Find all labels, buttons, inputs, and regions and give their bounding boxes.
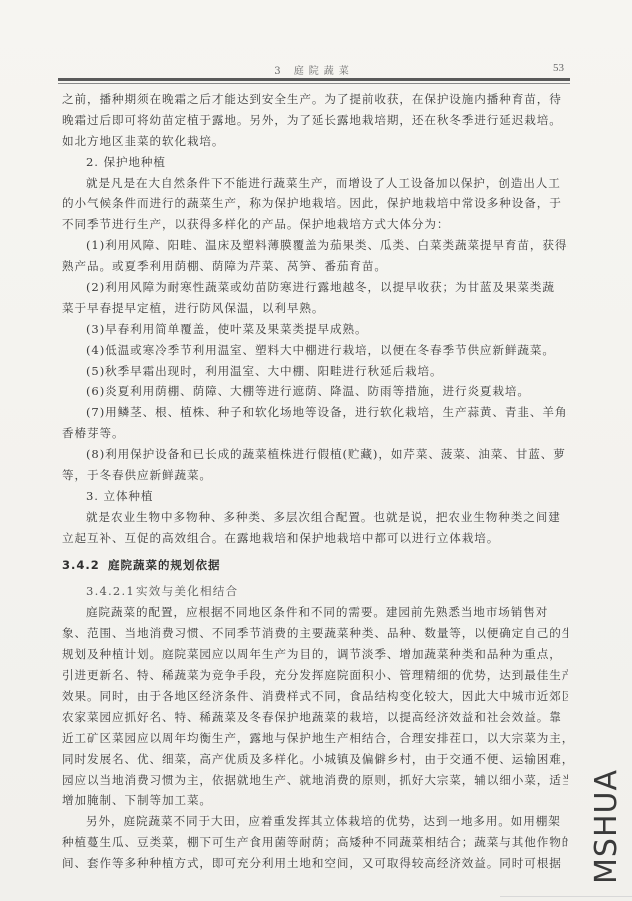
section-heading: 3.4.2庭院蔬菜的规划依据 [62, 555, 568, 576]
text-line: 就是凡是在大自然条件下不能进行蔬菜生产，而增设了人工设备加以保护，创造出人工 [62, 173, 568, 194]
list-item-line: 菜于早春提早定植，进行防风保温，以利早熟。 [62, 298, 568, 319]
text-line: 就是农业生物中多物种、多种类、多层次组合配置。也就是说，把农业生物种类之间建 [62, 507, 568, 528]
text-line: 间、套作等多种种植方式，即可充分利用土地和空间，又可取得较高经济效益。同时可根据 [62, 853, 568, 874]
item-heading: 3. 立体种植 [62, 486, 568, 507]
text-line: 农家菜园应抓好名、特、稀蔬菜及冬春保护地蔬菜的栽培，以提高经济效益和社会效益。靠 [62, 707, 568, 728]
text-line: 园应以当地消费习惯为主，依据就地生产、就地消费的原则，抓好大宗菜，辅以细小菜，适… [62, 770, 568, 791]
list-item-line: (7)用鳞茎、根、植株、种子和软化场地等设备，进行软化栽培，生产蒜黄、青韭、羊角… [62, 402, 568, 423]
text-line: 不同季节进行生产，以获得多样化的产品。保护地栽培方式大体分为： [62, 214, 568, 235]
list-item-line: (5)秋季早霜出现时，利用温室、大中棚、阳畦进行秋延后栽培。 [62, 361, 568, 382]
item-heading: 2. 保护地种植 [62, 152, 568, 173]
text-line: 晚霜过后即可将幼苗定植于露地。另外，为了延长露地栽培期，还在秋冬季进行延迟栽培。 [62, 110, 568, 131]
body-text: 之前，播种期须在晚霜之后才能达到安全生产。为了提前收获，在保护设施内播种育苗，待… [62, 89, 568, 874]
bottom-edge-line [500, 896, 632, 897]
text-line: 规划及种植计划。庭院菜园应以周年生产为目的，调节淡季、增加蔬菜种类和品种为重点， [62, 644, 568, 665]
section-number: 3.4.2 [62, 555, 108, 576]
running-title: 3 庭院蔬菜 [60, 62, 568, 77]
text-line: 同时发展名、优、细菜，高产优质及多样化。小城镇及偏僻乡村，由于交通不便、运输困难… [62, 749, 568, 770]
text-line: 种植蔓生瓜、豆类菜，棚下可生产食用菌等耐荫；高矮种不同蔬菜相结合；蔬菜与其他作物… [62, 832, 568, 853]
section-title: 庭院蔬菜的规划依据 [108, 558, 221, 572]
watermark: MSHUA [588, 770, 624, 882]
watermark-text: MSHUA [589, 769, 624, 884]
subsection-number: 3.4.2.1 [86, 581, 136, 602]
list-item-line: (3)早春利用简单覆盖，使叶菜及果菜类提早成熟。 [62, 319, 568, 340]
list-item-line: 香椿芽等。 [62, 423, 568, 444]
list-item-line: (1)利用风障、阳畦、温床及塑料薄膜覆盖为茄果类、瓜类、白菜类蔬菜提早育苗，获得… [62, 235, 568, 256]
list-item-line: (8)利用保护设备和已长成的蔬菜植株进行假植(贮藏)，如芹菜、菠菜、油菜、甘蓝、… [62, 444, 568, 465]
list-item-line: (6)炎夏利用荫棚、荫障、大棚等进行遮荫、降温、防雨等措施，进行炎夏栽培。 [62, 381, 568, 402]
text-line: 效果。同时，由于各地区经济条件、消费样式不同，食品结构变化较大，因此大中城市近郊… [62, 686, 568, 707]
header-rule-thin [58, 83, 570, 84]
subsection-title: 实效与美化相结合 [136, 584, 238, 598]
document-page: 3 庭院蔬菜 53 之前，播种期须在晚霜之后才能达到安全生产。为了提前收获，在保… [0, 0, 632, 901]
text-line: 引进更新名、特、稀蔬菜为竞争手段，充分发挥庭院面积小、管理精细的优势，达到最佳生… [62, 665, 568, 686]
text-line: 增加腌制、下制等加工菜。 [62, 790, 568, 811]
text-line: 近工矿区菜园应以周年均衡生产，露地与保护地生产相结合，合理安排茬口，以大宗菜为主… [62, 728, 568, 749]
subsection-heading: 3.4.2.1实效与美化相结合 [62, 581, 568, 602]
text-line: 的小气候条件而进行的蔬菜生产，称为保护地栽培。因此，保护地栽培中常设多种设备，于 [62, 193, 568, 214]
text-line: 另外，庭院蔬菜不同于大田，应着重发挥其立体栽培的优势，达到一地多用。如用棚架 [62, 811, 568, 832]
header-rule-thick [58, 78, 570, 81]
page-header: 3 庭院蔬菜 53 [60, 62, 568, 76]
list-item-line: 等，于冬春供应新鲜蔬菜。 [62, 465, 568, 486]
list-item-line: (2)利用风障为耐寒性蔬菜或幼苗防寒进行露地越冬，以提早收获；为甘蓝及果菜类蔬 [62, 277, 568, 298]
text-line: 如北方地区韭菜的软化栽培。 [62, 131, 568, 152]
text-line: 庭院蔬菜的配置，应根据不同地区条件和不同的需要。建园前先熟悉当地市场销售对 [62, 602, 568, 623]
text-line: 之前，播种期须在晚霜之后才能达到安全生产。为了提前收获，在保护设施内播种育苗，待 [62, 89, 568, 110]
text-line: 象、范围、当地消费习惯、不同季节消费的主要蔬菜种类、品种、数量等，以便确定自己的… [62, 623, 568, 644]
page-number: 53 [553, 62, 564, 74]
text-line: 立起互补、互促的高效组合。在露地栽培和保护地栽培中都可以进行立体栽培。 [62, 528, 568, 549]
list-item-line: 熟产品。或夏季利用荫棚、荫障为芹菜、莴笋、番茄育苗。 [62, 256, 568, 277]
list-item-line: (4)低温或寒冷季节利用温室、塑料大中棚进行栽培，以便在冬春季节供应新鲜蔬菜。 [62, 340, 568, 361]
